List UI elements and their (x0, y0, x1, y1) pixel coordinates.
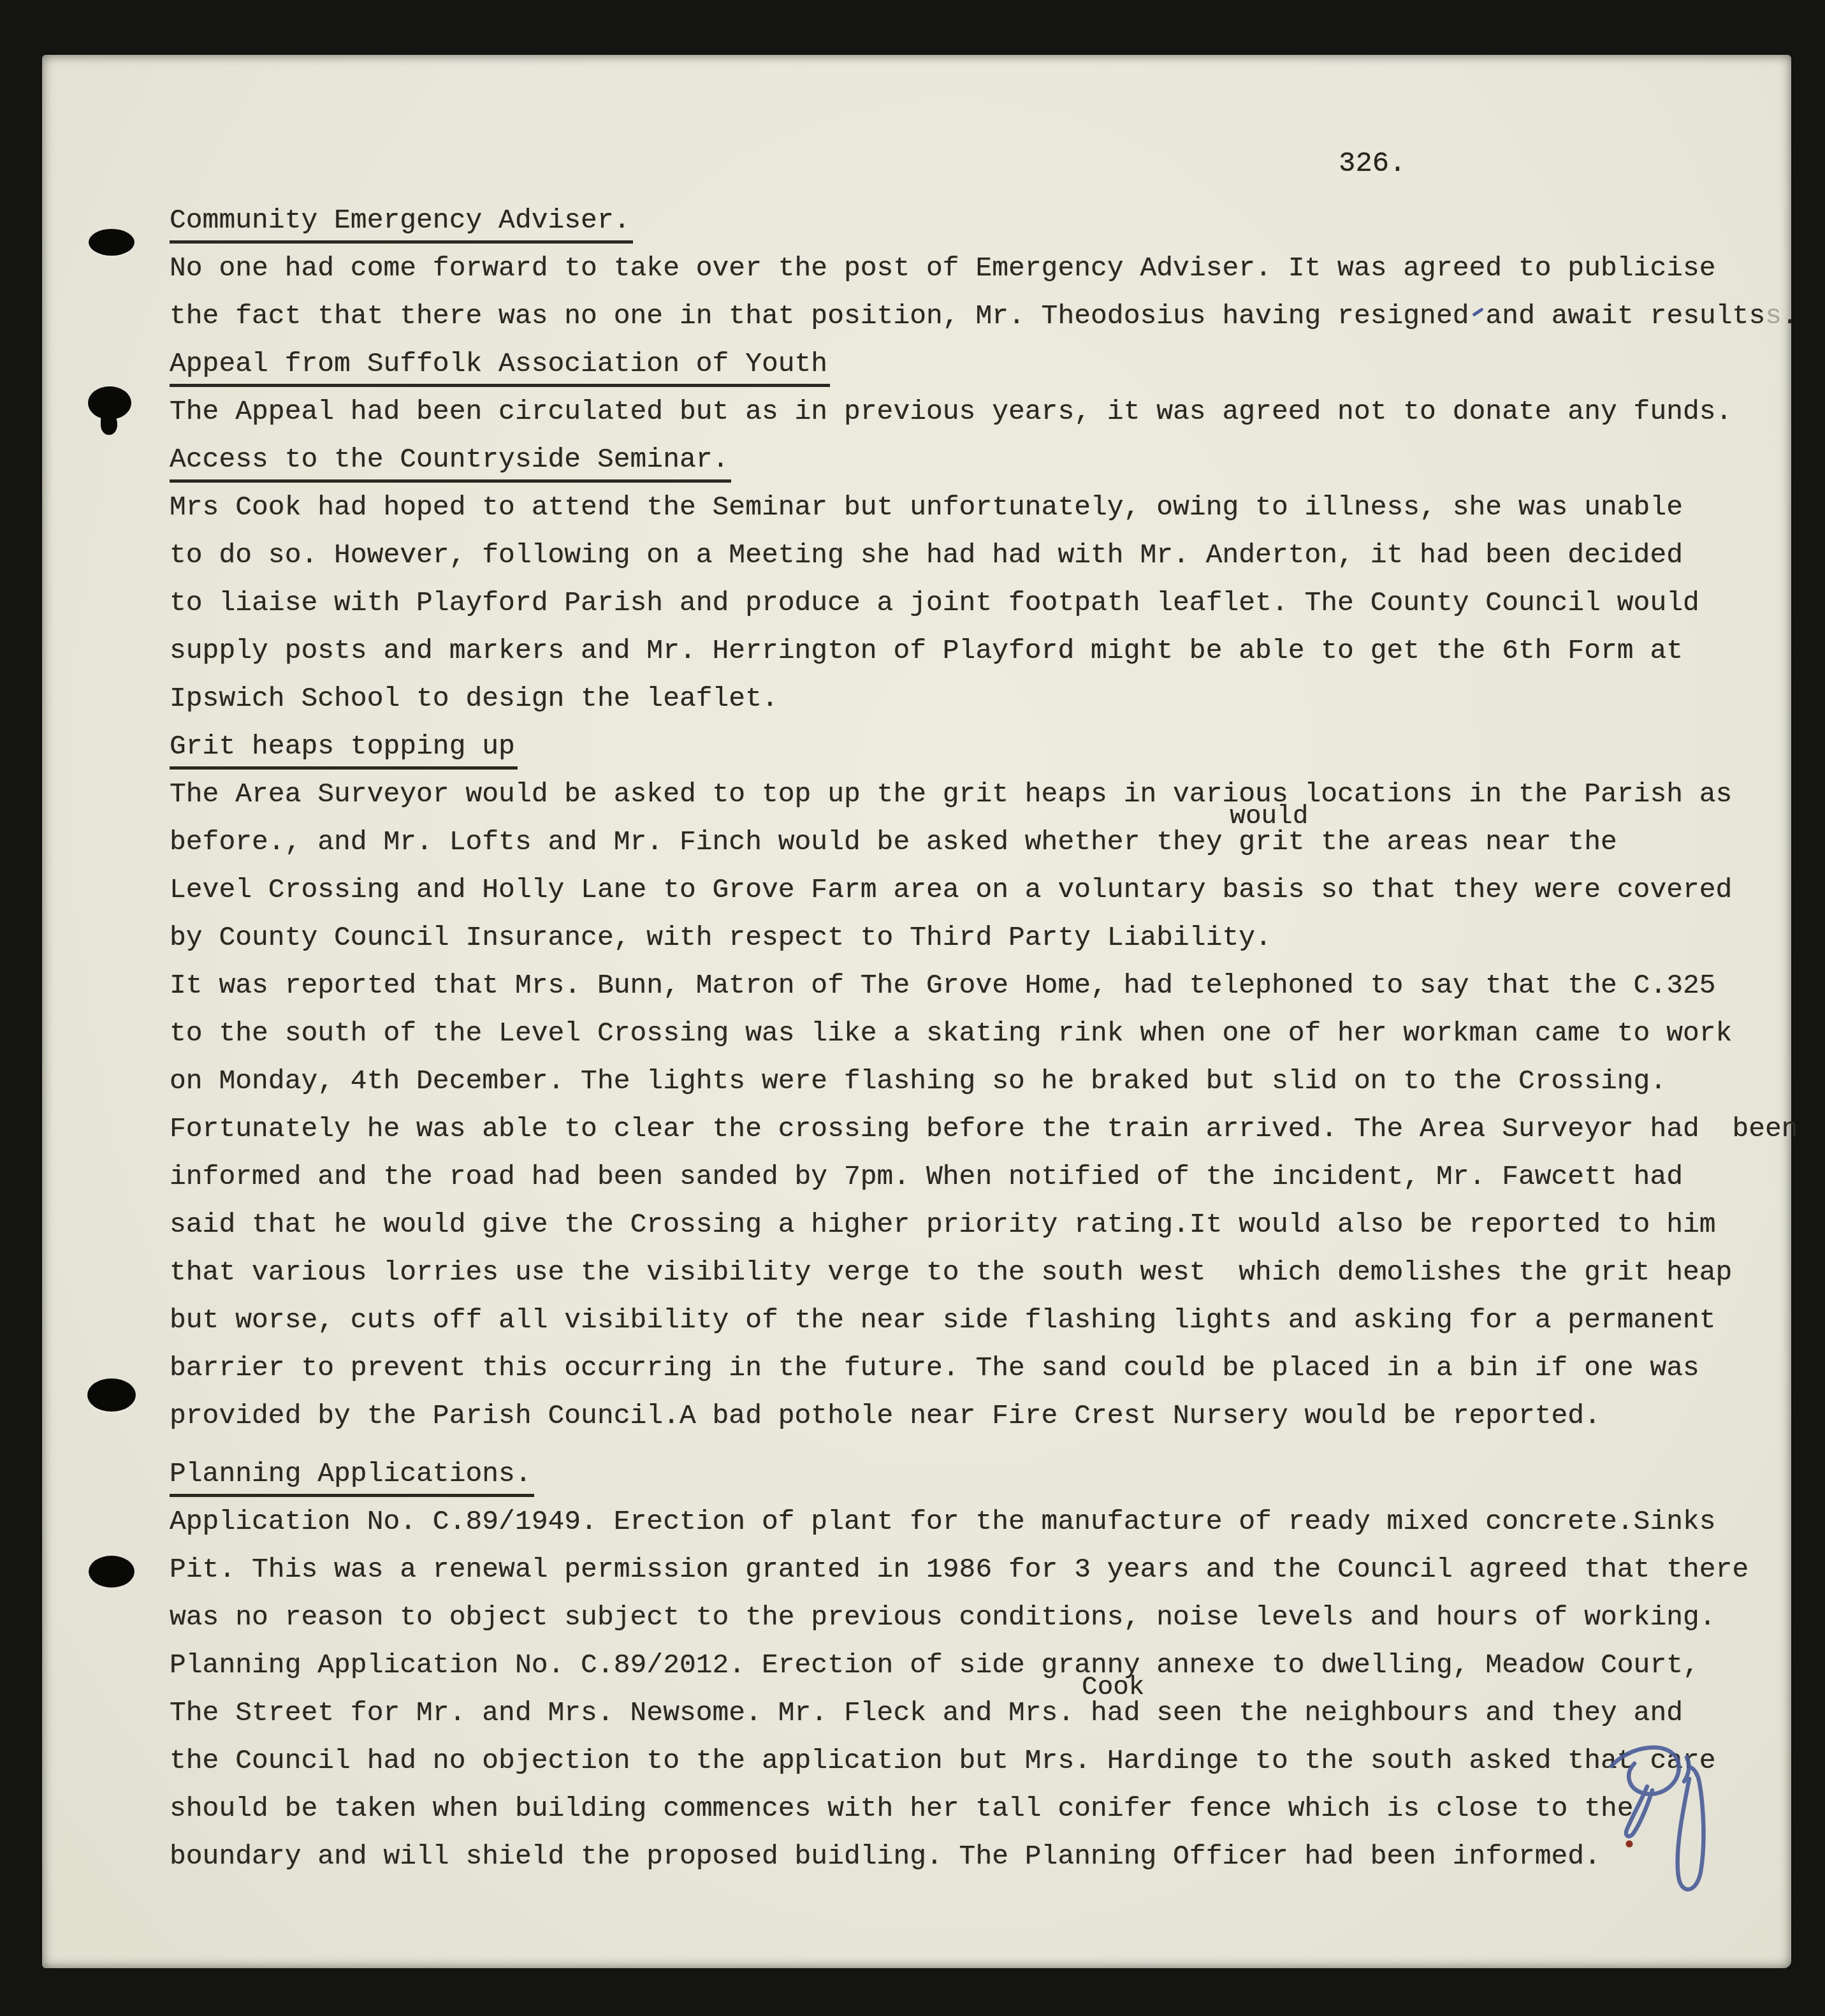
text-line: boundary and will shield the proposed bu… (170, 1832, 1801, 1880)
text-line: on Monday, 4th December. The lights were… (170, 1057, 1801, 1105)
blue-pen-mark-icon (1469, 302, 1486, 327)
typewritten-text: The Street for Mr. and Mrs. Newsome. Mr.… (170, 1697, 1091, 1728)
typewritten-text: It was reported that Mrs. Bunn, Matron o… (170, 970, 1716, 1001)
heading-underlined-text: Community Emergency Adviser. (170, 203, 633, 244)
section-heading: Community Emergency Adviser. (170, 196, 1801, 244)
typed-insertion-text: Cook (1082, 1675, 1144, 1701)
typewritten-text: The Area Surveyor would be asked to top … (170, 778, 1732, 810)
text-line: should be taken when building commences … (170, 1785, 1801, 1832)
text-line: barrier to prevent this occurring in the… (170, 1344, 1801, 1392)
text-line: It was reported that Mrs. Bunn, Matron o… (170, 961, 1801, 1009)
page-number: 326. (1339, 148, 1406, 180)
text-line: Level Crossing and Holly Lane to Grove F… (170, 866, 1801, 914)
heading-underlined-text: Appeal from Suffolk Association of Youth (170, 346, 830, 387)
text-line: Fortunately he was able to clear the cro… (170, 1105, 1801, 1153)
typed-insertion-text: would (1230, 804, 1308, 830)
typewritten-text: Access to the Countryside Seminar. (170, 444, 729, 475)
typewritten-text: Community Emergency Adviser. (170, 205, 630, 236)
typewritten-text: should be taken when building commences … (170, 1793, 1634, 1824)
typewritten-text: was no reason to object subject to the p… (170, 1602, 1716, 1633)
punch-hole (89, 1556, 135, 1588)
text-line: The Appeal had been circulated but as in… (170, 388, 1801, 435)
typewritten-text: before., and Mr. Lofts and Mr. Finch wou… (170, 826, 1239, 858)
typewritten-text: the Council had no objection to the appl… (170, 1745, 1716, 1776)
typewritten-text: and await results (1486, 300, 1766, 332)
text-line: to do so. However, following on a Meetin… (170, 531, 1801, 579)
heading-underlined-text: Grit heaps topping up (170, 729, 518, 770)
scanned-minutes-page: { "page": { "number_label": "326." }, "i… (0, 0, 1825, 2016)
text-line: to the south of the Level Crossing was l… (170, 1009, 1801, 1057)
text-line: the Council had no objection to the appl… (170, 1737, 1801, 1785)
punch-hole (87, 1378, 136, 1412)
section-heading: Grit heaps topping up (170, 722, 1801, 770)
typewritten-text: the fact that there was no one in that p… (170, 300, 1469, 332)
text-line: that various lorries use the visibility … (170, 1248, 1801, 1296)
section-heading: Planning Applications. (170, 1450, 1801, 1498)
text-line: The Area Surveyor would be asked to top … (170, 770, 1801, 818)
typewritten-text: to do so. However, following on a Meetin… (170, 539, 1683, 571)
typewritten-text: to liaise with Playford Parish and produ… (170, 587, 1699, 618)
typewritten-text: on Monday, 4th December. The lights were… (170, 1065, 1666, 1097)
handwritten-initials-annotation (1594, 1721, 1823, 1938)
punch-hole-smudge (101, 412, 117, 435)
text-line: but worse, cuts off all visibility of th… (170, 1296, 1801, 1344)
text-line: by County Council Insurance, with respec… (170, 914, 1801, 961)
typewritten-text: but worse, cuts off all visibility of th… (170, 1304, 1716, 1336)
typewritten-text: The Appeal had been circulated but as in… (170, 396, 1732, 427)
typewritten-text: to the south of the Level Crossing was l… (170, 1018, 1732, 1049)
typewritten-text: by County Council Insurance, with respec… (170, 922, 1272, 953)
red-pen-dot (1626, 1841, 1633, 1848)
typewritten-text: that various lorries use the visibility … (170, 1257, 1732, 1288)
text-line: Mrs Cook had hoped to attend the Seminar… (170, 483, 1801, 531)
heading-underlined-text: Planning Applications. (170, 1456, 534, 1497)
typewritten-text: Fortunately he was able to clear the cro… (170, 1113, 1798, 1144)
document-page: 326. Community Emergency Adviser.No one … (42, 55, 1791, 1968)
typewritten-text: informed and the road had been sanded by… (170, 1161, 1683, 1192)
typewritten-text: Planning Application No. C.89/2012. Erec… (170, 1649, 1699, 1681)
faint-ghost-character: s (1765, 300, 1782, 332)
punch-hole (89, 229, 135, 256)
typewritten-text: barrier to prevent this occurring in the… (170, 1352, 1699, 1384)
typewritten-text: Pit. This was a renewal permission grant… (170, 1554, 1749, 1585)
heading-underlined-text: Access to the Countryside Seminar. (170, 442, 731, 483)
text-line: Planning Application No. C.89/2012. Erec… (170, 1641, 1801, 1689)
typewritten-text-block: Community Emergency Adviser.No one had c… (170, 196, 1801, 1880)
typewritten-text: said that he would give the Crossing a h… (170, 1209, 1716, 1240)
typewritten-text: provided by the Parish Council.A bad pot… (170, 1400, 1601, 1431)
typewritten-text: Planning Applications. (170, 1458, 532, 1489)
typewritten-text: Grit heaps topping up (170, 731, 515, 762)
typewritten-text: supply posts and markers and Mr. Herring… (170, 635, 1683, 666)
text-line: to liaise with Playford Parish and produ… (170, 579, 1801, 627)
text-line: said that he would give the Crossing a h… (170, 1201, 1801, 1248)
text-line: No one had come forward to take over the… (170, 244, 1801, 292)
text-line: was no reason to object subject to the p… (170, 1593, 1801, 1641)
typewritten-text: Level Crossing and Holly Lane to Grove F… (170, 874, 1732, 905)
typewritten-text: Mrs Cook had hoped to attend the Seminar… (170, 492, 1683, 523)
typewritten-text: boundary and will shield the proposed bu… (170, 1841, 1601, 1872)
text-line: before., and Mr. Lofts and Mr. Finch wou… (170, 818, 1801, 866)
typewritten-text: . (1782, 300, 1798, 332)
section-heading: Appeal from Suffolk Association of Youth (170, 340, 1801, 388)
text-line: provided by the Parish Council.A bad pot… (170, 1392, 1801, 1440)
typewritten-text: Application No. C.89/1949. Erection of p… (170, 1506, 1716, 1537)
section-heading: Access to the Countryside Seminar. (170, 435, 1801, 483)
typewritten-text: Ipswich School to design the leaflet. (170, 683, 778, 714)
text-line: supply posts and markers and Mr. Herring… (170, 627, 1801, 675)
text-line: The Street for Mr. and Mrs. Newsome. Mr.… (170, 1689, 1801, 1737)
text-line: Ipswich School to design the leaflet. (170, 675, 1801, 722)
text-line: Pit. This was a renewal permission grant… (170, 1545, 1801, 1593)
text-line: the fact that there was no one in that p… (170, 292, 1801, 340)
typewritten-text: No one had come forward to take over the… (170, 252, 1716, 284)
typewritten-text: Appeal from Suffolk Association of Youth (170, 348, 827, 379)
text-line: informed and the road had been sanded by… (170, 1153, 1801, 1201)
text-line: Application No. C.89/1949. Erection of p… (170, 1498, 1801, 1545)
